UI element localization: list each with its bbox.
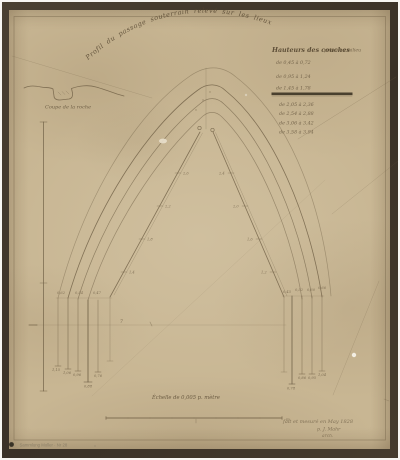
cluster-label: 0,54 xyxy=(75,291,84,295)
legend-row: de 2,54 à 2,88 xyxy=(279,110,314,117)
foot-label: 0,88 xyxy=(84,385,93,389)
paper-damage xyxy=(159,94,356,357)
foot-label: 1,04 xyxy=(318,373,327,377)
foot-label: 0,76 xyxy=(94,374,103,378)
foot-label: 1,06 xyxy=(63,371,72,375)
cluster-label: 0,52 xyxy=(295,288,304,292)
profile-sketch-caption: Coupe de la roche xyxy=(45,105,91,111)
legend-row: de 0,45 à 0,72 xyxy=(276,59,311,66)
point-label: 1,6 xyxy=(247,238,253,242)
legend-block: Hauteurs des couches prises au milieu de… xyxy=(271,47,361,136)
profile-sketch-line xyxy=(24,86,124,100)
inner-triangle xyxy=(110,68,287,297)
stamp-text: Sammlung Moller · Nr 28 xyxy=(20,443,68,448)
profile-sketch-hatch xyxy=(58,91,69,95)
survey-points: 2,6 2,2 1,8 1,4 2,4 2,0 1,6 1,2 xyxy=(121,172,276,275)
point-label: 2,4 xyxy=(218,172,225,176)
legend-heavy-rule xyxy=(272,93,353,96)
foot-label: 0,95 xyxy=(308,376,317,380)
profile-sketch: Coupe de la roche xyxy=(24,86,124,111)
legend-row: de 3,06 à 3,42 xyxy=(279,120,314,127)
collection-stamp: Sammlung Moller · Nr 28 xyxy=(9,442,96,447)
legend-row: de 1,45 à 1,78 xyxy=(276,85,311,92)
left-pier xyxy=(55,297,113,382)
foot-label: 0,78 xyxy=(287,387,296,391)
stamp-dot xyxy=(9,442,14,447)
drawing-overlay: Profil du passage souterrain relevé sur … xyxy=(0,0,400,460)
cluster-label: 0,66 xyxy=(318,286,327,290)
right-pier xyxy=(281,295,325,384)
datum-line: 7 xyxy=(29,319,286,326)
signature-line: arch. xyxy=(322,434,333,439)
scale-bar: Échelle de 0,005 p. mètre m xyxy=(106,393,290,423)
scale-caption: Échelle de 0,005 p. mètre xyxy=(151,393,220,401)
inner-border-line xyxy=(14,17,386,441)
pier-top-labels: 0,62 0,54 0,47 0,45 0,52 0,60 0,66 xyxy=(57,286,327,295)
cluster-label: 0,47 xyxy=(93,291,102,295)
foot-label: 0,96 xyxy=(73,373,82,377)
signature: fait et mesuré en May 1828 p. J. Mahr ar… xyxy=(282,399,389,439)
cluster-label: 0,62 xyxy=(57,291,66,295)
point-label: 1,4 xyxy=(129,271,135,275)
point-label: 1,2 xyxy=(261,271,267,275)
datum-mark: 7 xyxy=(120,319,123,325)
legend-row: de 2,05 à 2,36 xyxy=(279,101,314,108)
signature-line: fait et mesuré en May 1828 xyxy=(282,418,353,425)
point-label: 1,8 xyxy=(147,238,153,242)
foot-label: 0,86 xyxy=(298,376,307,380)
arc-title-text: Profil du passage souterrain relevé sur … xyxy=(83,7,273,63)
scanned-drawing-sheet: Profil du passage souterrain relevé sur … xyxy=(0,0,400,460)
left-ruler xyxy=(40,122,47,391)
legend-note: prises au milieu xyxy=(324,48,361,54)
point-label: 2,0 xyxy=(232,205,239,209)
arc-title-guide xyxy=(88,13,340,64)
legend-row: de 0,95 à 1,24 xyxy=(276,73,311,80)
foot-label: 1,15 xyxy=(52,368,61,372)
cluster-label: 0,60 xyxy=(307,288,316,292)
cluster-label: 0,45 xyxy=(283,290,292,294)
signature-line: p. J. Mahr xyxy=(317,427,341,433)
point-label: 2,6 xyxy=(182,172,189,176)
arc-title: Profil du passage souterrain relevé sur … xyxy=(83,7,273,63)
point-label: 2,2 xyxy=(164,205,171,209)
foot-labels: 1,15 1,06 0,96 0,88 0,76 0,78 0,86 0,95 … xyxy=(52,368,327,391)
